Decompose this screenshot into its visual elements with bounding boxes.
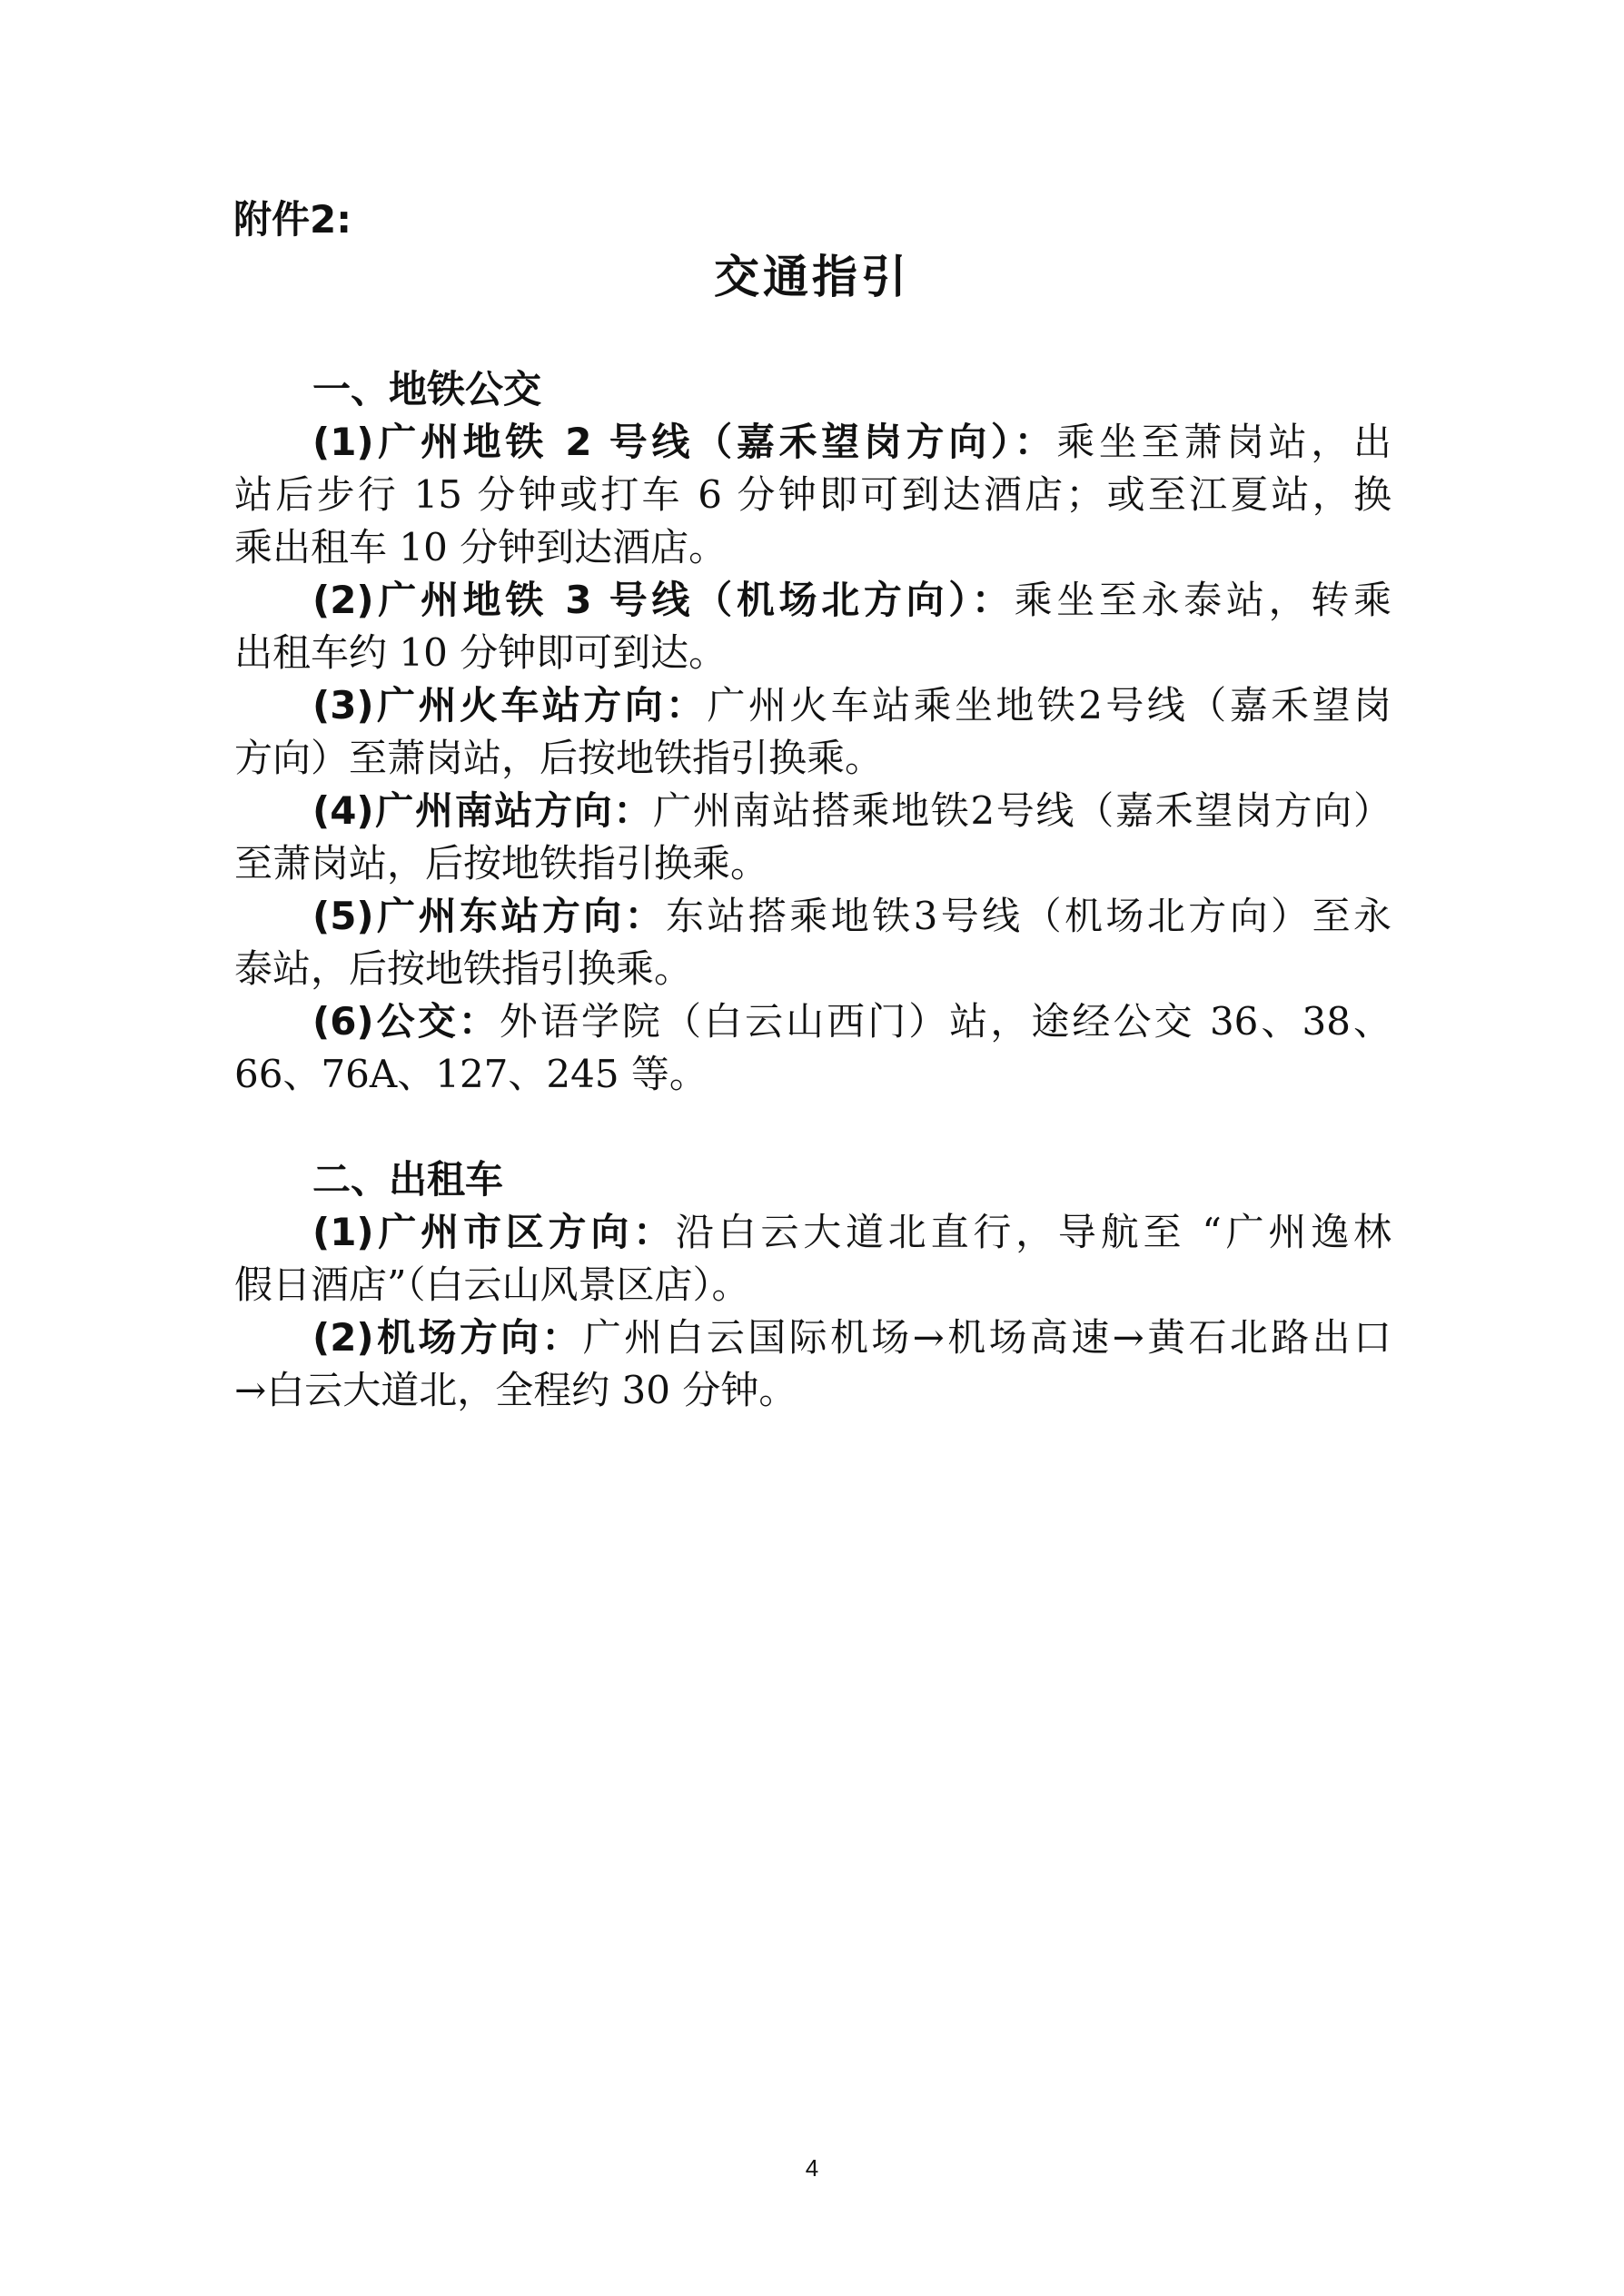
item-first-line: (1)广州地铁 2 号线（嘉禾望岗方向）：乘坐至萧岗站，出 <box>312 417 1391 468</box>
item-line: 假日酒店”（白云山风景区店）。 <box>234 1260 1391 1311</box>
item-label: (5)广州东站方向： <box>312 894 666 938</box>
item-first-line: (2)机场方向：广州白云国际机场→机场高速→黄石北路出口 <box>312 1312 1391 1363</box>
page-number: 4 <box>0 2154 1624 2182</box>
item-label: (4)广州南站方向： <box>312 788 653 833</box>
item-first-line: (5)广州东站方向：东站搭乘地铁3号线（机场北方向）至永 <box>312 891 1391 942</box>
item-first-line: (4)广州南站方向：广州南站搭乘地铁2号线（嘉禾望岗方向） <box>312 786 1391 836</box>
item-text: 东站搭乘地铁3号线（机场北方向）至永 <box>666 894 1391 938</box>
item-text: 广州白云国际机场→机场高速→黄石北路出口 <box>583 1315 1391 1360</box>
item-line: 出租车约 10 分钟即可到达。 <box>234 628 1391 678</box>
item-first-line: (3)广州火车站方向：广州火车站乘坐地铁2号线（嘉禾望岗 <box>312 680 1391 731</box>
page-title: 交通指引 <box>0 249 1624 305</box>
item-label: (6)公交： <box>312 999 500 1044</box>
item-text: 广州南站搭乘地铁2号线（嘉禾望岗方向） <box>653 788 1391 833</box>
item-line: 66、76A、127、245 等。 <box>234 1049 1391 1100</box>
item-text: 乘坐至永泰站，转乘 <box>1015 578 1391 622</box>
item-line: 至萧岗站，后按地铁指引换乘。 <box>234 838 1391 889</box>
item-text: 外语学院（白云山西门）站，途经公交 36、38、 <box>500 999 1391 1044</box>
item-text: 广州火车站乘坐地铁2号线（嘉禾望岗 <box>707 683 1391 727</box>
item-line: 乘出租车 10 分钟到达酒店。 <box>234 522 1391 573</box>
item-text: 乘坐至萧岗站，出 <box>1056 420 1391 464</box>
item-text: 沿白云大道北直行，导航至 “广州逸林 <box>676 1210 1391 1254</box>
item-first-line: (1)广州市区方向：沿白云大道北直行，导航至 “广州逸林 <box>312 1207 1391 1258</box>
item-line: →白云大道北，全程约 30 分钟。 <box>234 1365 1391 1416</box>
document-page: 附件2: 交通指引 一、地铁公交 (1)广州地铁 2 号线（嘉禾望岗方向）：乘坐… <box>0 0 1624 2296</box>
section-heading: 二、出租车 <box>312 1154 1391 1205</box>
item-first-line: (2)广州地铁 3 号线（机场北方向）：乘坐至永泰站，转乘 <box>312 575 1391 626</box>
item-label: (3)广州火车站方向： <box>312 683 707 727</box>
item-label: (2)广州地铁 3 号线（机场北方向）： <box>312 578 1015 622</box>
section-heading: 一、地铁公交 <box>312 364 1391 415</box>
item-label: (1)广州市区方向： <box>312 1210 676 1254</box>
item-line: 泰站，后按地铁指引换乘。 <box>234 944 1391 995</box>
item-label: (2)机场方向： <box>312 1315 583 1360</box>
attachment-label: 附件2: <box>233 194 352 245</box>
item-label: (1)广州地铁 2 号线（嘉禾望岗方向）： <box>312 420 1056 464</box>
item-first-line: (6)公交：外语学院（白云山西门）站，途经公交 36、38、 <box>312 996 1391 1047</box>
item-line: 站后步行 15 分钟或打车 6 分钟即可到达酒店；或至江夏站，换 <box>234 470 1391 520</box>
item-line: 方向）至萧岗站，后按地铁指引换乘。 <box>234 733 1391 784</box>
